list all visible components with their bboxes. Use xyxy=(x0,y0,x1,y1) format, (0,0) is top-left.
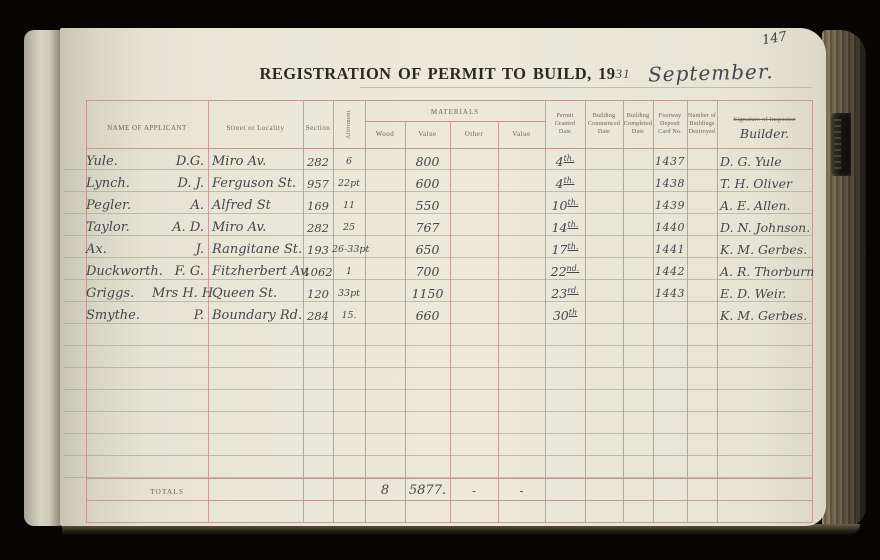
section: 282 xyxy=(303,155,333,169)
totals-row: TOTALS 8 5877. - - xyxy=(60,478,812,500)
permit-granted-date: 4th. xyxy=(545,152,585,169)
footway-card-no: 1437 xyxy=(653,155,687,169)
header-builder-handwritten: Builder. xyxy=(717,126,812,141)
permit-granted-date: 17th. xyxy=(545,240,585,257)
table-row: Duckworth. F. G. Fitzherbert Av. 1062 1 … xyxy=(60,258,812,280)
footway-card-no: 1438 xyxy=(653,177,687,191)
page-number: 147 xyxy=(761,27,803,49)
applicant-initials: P. xyxy=(152,309,204,323)
permit-granted-date: 30th xyxy=(545,306,585,323)
material-value: 600 xyxy=(405,177,450,191)
table-row: Smythe. P. Boundary Rd. 284 15. 660 30th… xyxy=(60,302,812,324)
header-building-completed-date: Building Completed Date xyxy=(623,112,653,136)
title-printed: REGISTRATION OF PERMIT TO BUILD, 19 xyxy=(260,64,616,83)
material-value: 700 xyxy=(405,265,450,279)
table-row: Taylor. A. D. Miro Av. 282 25 767 14th. … xyxy=(60,214,812,236)
header-value-2: Value xyxy=(498,130,545,139)
allotment: 15. xyxy=(332,309,366,323)
totals-wood: 8 xyxy=(365,483,405,498)
scanned-ledger-photo: 147 REGISTRATION OF PERMIT TO BUILD, 193… xyxy=(0,0,880,560)
section: 169 xyxy=(303,199,333,213)
header-wood: Wood xyxy=(365,130,405,139)
header-building-commenced-date: Building Commenced Date xyxy=(585,112,623,136)
allotment: 33pt xyxy=(332,287,366,301)
section: 284 xyxy=(303,309,333,323)
ruled-line xyxy=(360,87,812,88)
header-signature-of-inspector-struck: Signature of Inspector xyxy=(717,116,812,124)
month-handwritten: September. xyxy=(648,58,839,87)
allotment: 25 xyxy=(332,221,366,235)
table-top-rule xyxy=(86,100,812,101)
section: 957 xyxy=(303,177,333,191)
header-value-1: Value xyxy=(405,130,450,139)
header-materials: MATERIALS xyxy=(365,108,545,117)
page-title: REGISTRATION OF PERMIT TO BUILD, 1931 xyxy=(210,64,680,84)
totals-bottom-rule xyxy=(86,500,812,501)
builder: T. H. Oliver xyxy=(720,177,812,191)
material-value: 800 xyxy=(405,155,450,169)
builder: D. N. Johnson. xyxy=(720,221,812,235)
applicant-initials: A. D. xyxy=(152,221,204,235)
street: Miro Av. xyxy=(212,221,304,235)
builder: K. M. Gerbes. xyxy=(720,243,812,257)
allotment: 1 xyxy=(332,265,366,279)
street: Ferguson St. xyxy=(212,177,304,191)
street: Rangitane St. xyxy=(212,243,304,257)
header-permit-granted-date: Permit Granted Date xyxy=(545,112,585,136)
materials-sub-rule xyxy=(365,121,545,122)
previous-page-edge xyxy=(24,30,60,526)
permit-granted-date: 22nd. xyxy=(545,262,585,279)
section: 120 xyxy=(303,287,333,301)
header-number-of-buildings-destroyed: Number of Buildings Destroyed xyxy=(687,112,717,136)
applicant-initials: D.G. xyxy=(152,155,204,169)
street: Fitzherbert Av. xyxy=(212,265,304,279)
permit-granted-date: 23rd. xyxy=(545,284,585,301)
header-other: Other xyxy=(450,130,498,139)
totals-value-2: - xyxy=(498,484,545,498)
header-name-of-applicant: NAME OF APPLICANT xyxy=(86,124,208,133)
material-value: 650 xyxy=(405,243,450,257)
table-row: Yule. D.G. Miro Av. 282 6 800 4th. 1437 … xyxy=(60,148,812,170)
title-year-handwritten: 31 xyxy=(615,66,630,81)
allotment: 11 xyxy=(332,199,366,213)
header-section: Section xyxy=(303,124,333,133)
builder: K. M. Gerbes. xyxy=(720,309,812,323)
builder: A. E. Allen. xyxy=(720,199,812,213)
totals-value: 5877. xyxy=(405,483,450,498)
permit-granted-date: 4th. xyxy=(545,174,585,191)
month-index-tab-texture xyxy=(834,119,841,169)
right-page-edges-stack xyxy=(822,30,866,527)
table-row: Griggs. Mrs H. H. Queen St. 120 33pt 115… xyxy=(60,280,812,302)
header-footway-deposit-card-no: Footway Deposit Card No. xyxy=(653,112,687,136)
table-bottom-rule xyxy=(86,522,812,523)
material-value: 550 xyxy=(405,199,450,213)
builder: D. G. Yule xyxy=(720,155,812,169)
material-value: 767 xyxy=(405,221,450,235)
applicant-initials: D. J. xyxy=(152,177,204,191)
permit-granted-date: 14th. xyxy=(545,218,585,235)
section: 282 xyxy=(303,221,333,235)
table-row: Ax. J. Rangitane St. 193 26-33pt 650 17t… xyxy=(60,236,812,258)
allotment: 26-33pt xyxy=(332,243,366,257)
builder: E. D. Weir. xyxy=(720,287,812,301)
section: 193 xyxy=(303,243,333,257)
table-row: Pegler. A. Alfred St 169 11 550 10th. 14… xyxy=(60,192,812,214)
totals-label: TOTALS xyxy=(64,487,184,496)
applicant-initials: J. xyxy=(152,243,204,257)
street: Miro Av. xyxy=(212,155,304,169)
street: Boundary Rd. xyxy=(212,309,304,323)
applicant-initials: A. xyxy=(152,199,204,213)
footway-card-no: 1443 xyxy=(653,287,687,301)
header-street-or-locality: Street or Locality xyxy=(208,124,303,133)
month-index-tab xyxy=(831,113,851,176)
section: 1062 xyxy=(303,265,333,279)
table-row: Lynch. D. J. Ferguson St. 957 22pt 600 4… xyxy=(60,170,812,192)
street: Queen St. xyxy=(212,287,304,301)
builder: A. R. Thorburn xyxy=(720,265,812,279)
material-value: 1150 xyxy=(405,287,450,301)
street: Alfred St xyxy=(212,199,304,213)
footway-card-no: 1442 xyxy=(653,265,687,279)
material-value: 660 xyxy=(405,309,450,323)
footway-card-no: 1439 xyxy=(653,199,687,213)
table-right-rule xyxy=(812,100,813,522)
footway-card-no: 1441 xyxy=(653,243,687,257)
applicant-initials: F. G. xyxy=(152,265,204,279)
totals-other: - xyxy=(450,484,498,498)
allotment: 6 xyxy=(332,155,366,169)
header-allotment: Allotment xyxy=(333,104,365,146)
ledger-page: 147 REGISTRATION OF PERMIT TO BUILD, 193… xyxy=(60,28,826,526)
allotment: 22pt xyxy=(332,177,366,191)
footway-card-no: 1440 xyxy=(653,221,687,235)
permit-granted-date: 10th. xyxy=(545,196,585,213)
applicant-initials: Mrs H. H. xyxy=(152,287,204,301)
